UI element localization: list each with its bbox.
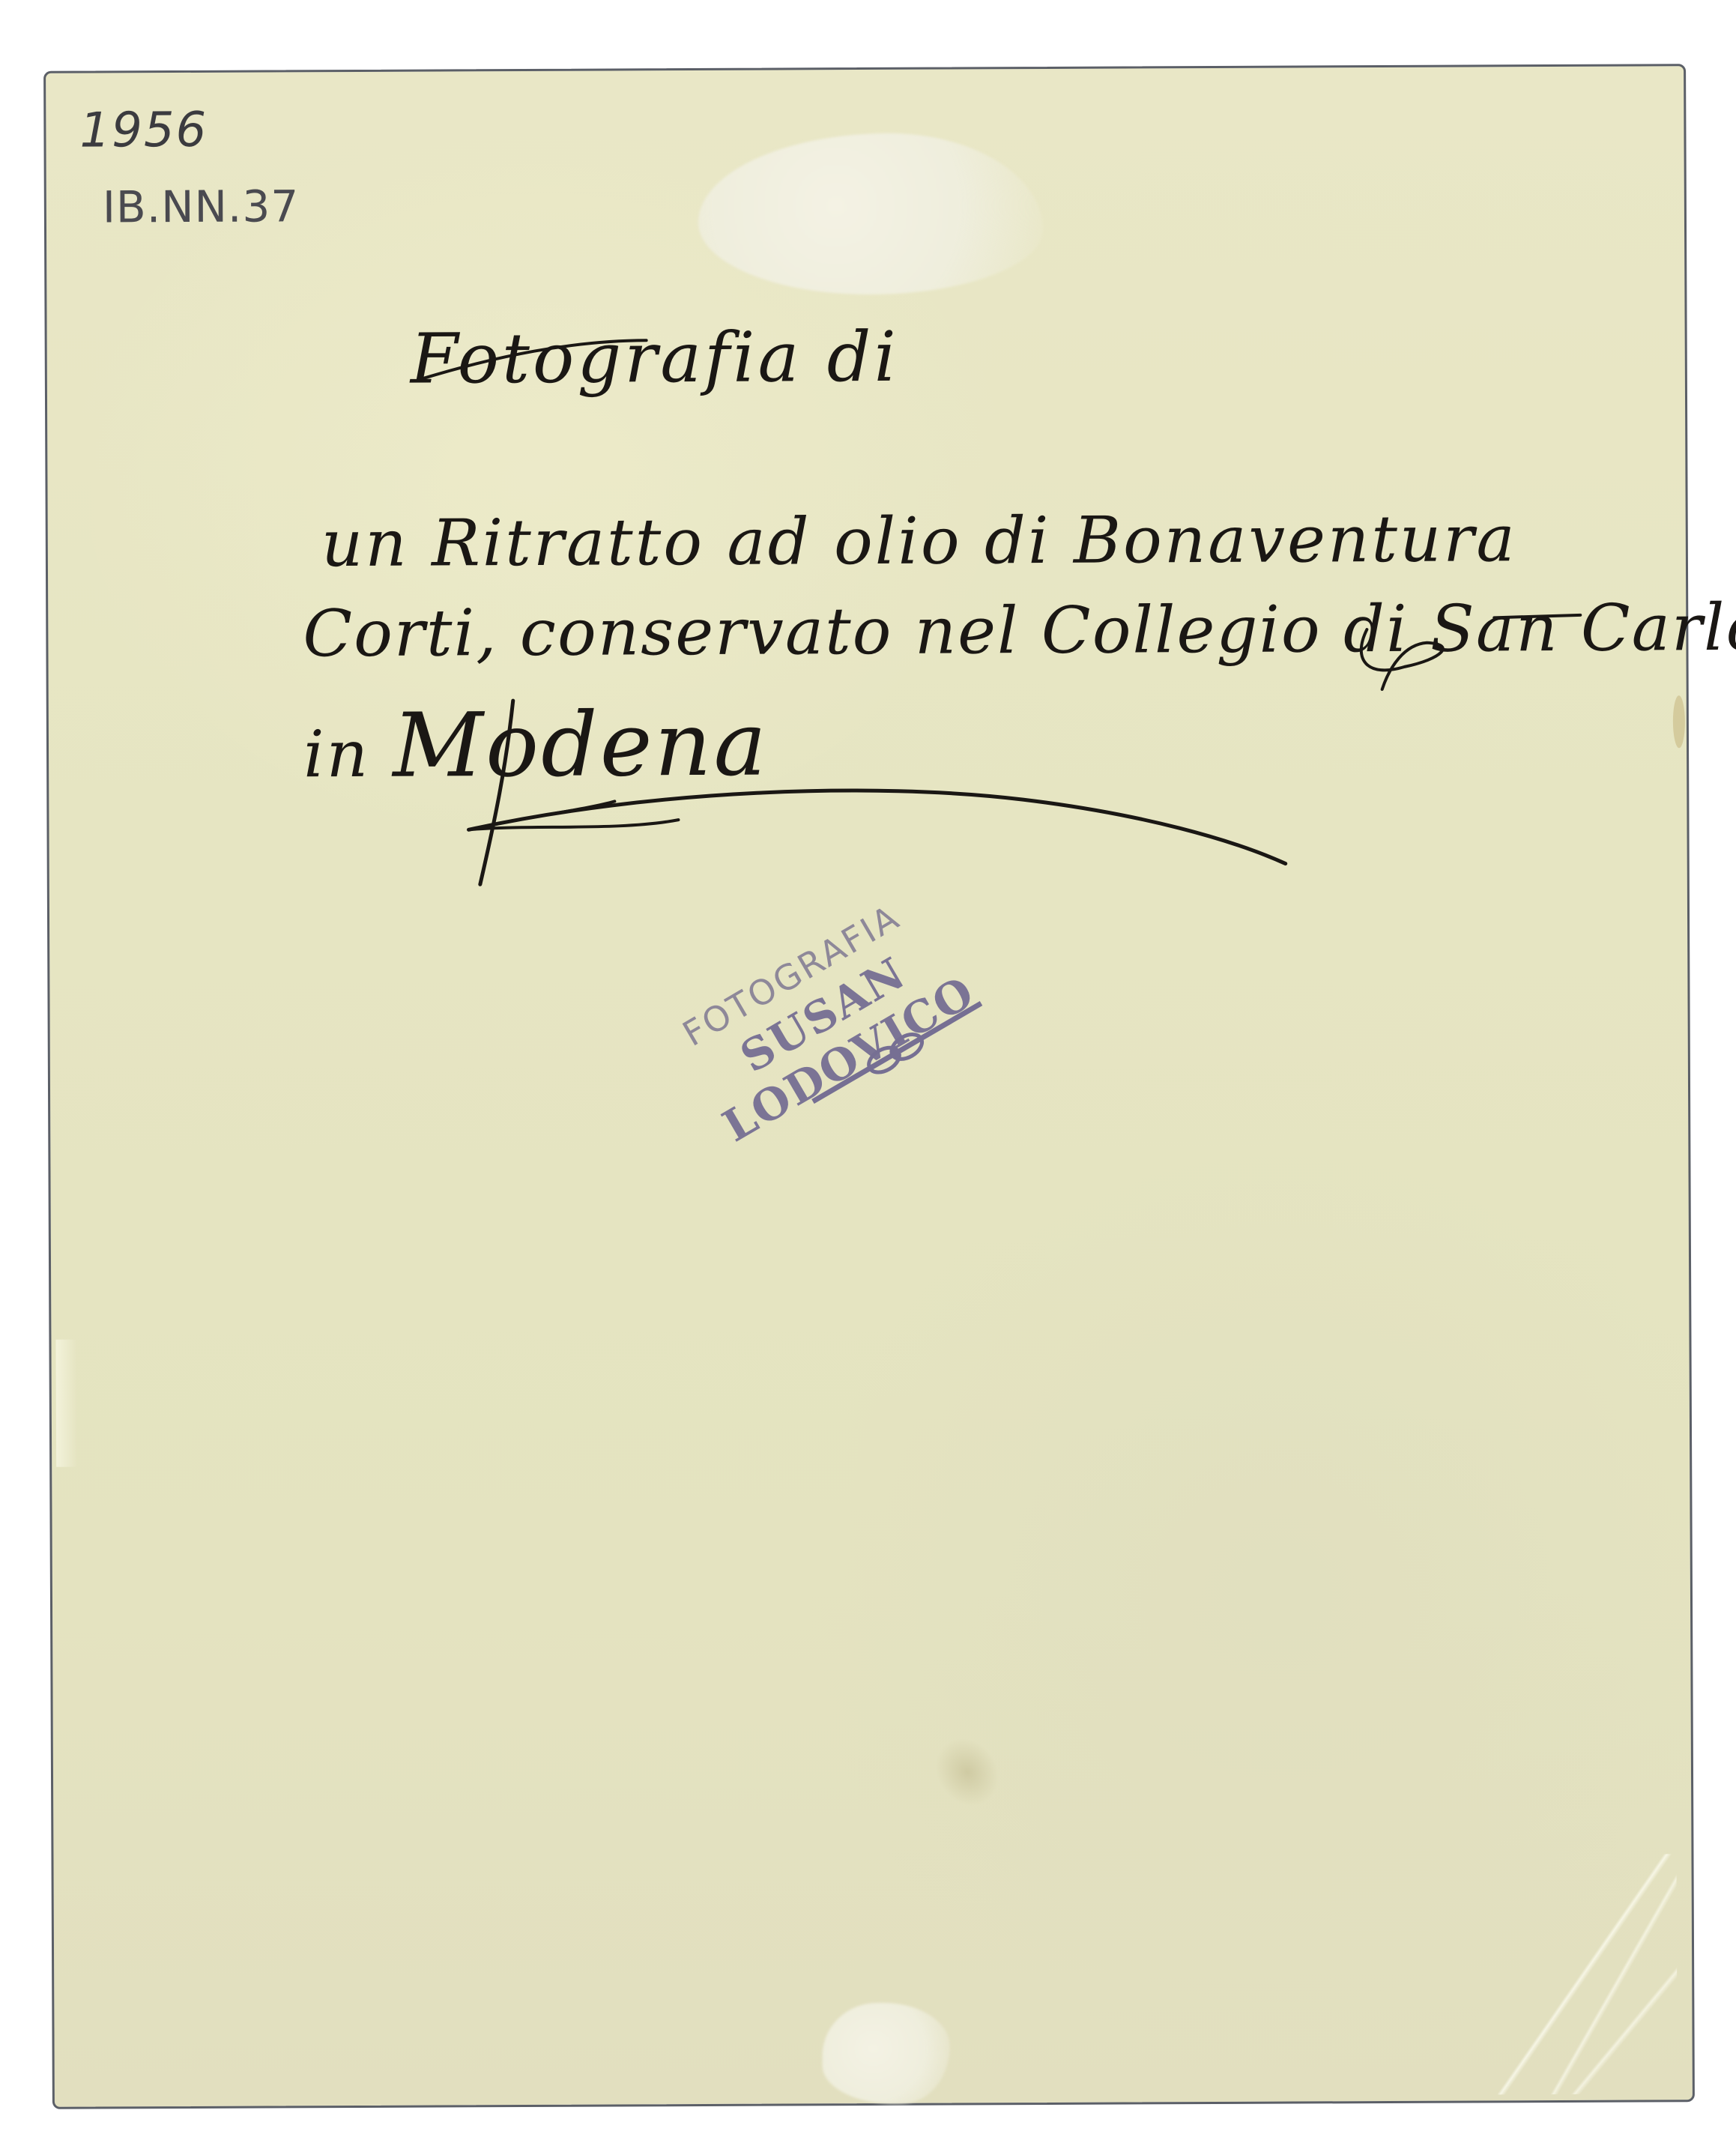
photograph-back-card: 1956 IB.NN.37 Fotografia di un Ritratto … — [43, 64, 1695, 2109]
inscription-line-3-prefix: in — [303, 717, 370, 792]
inscription-line-3-city: Modena — [393, 692, 769, 797]
inscription-title: Fotografia di — [411, 317, 900, 399]
photographer-stamp: FOTOGRAFIA SUSAN LODOVICO — [572, 790, 1086, 1260]
archival-year-note: 1956 — [79, 103, 208, 159]
right-edge-nick — [1673, 695, 1685, 748]
inscription-line-1: un Ritratto ad olio di Bonaventura — [321, 501, 1517, 581]
inscription-line-2: Corti, conservato nel Collegio di San Ca… — [303, 590, 1736, 672]
adhesive-abrasion-top — [698, 133, 1043, 295]
bottom-right-corner-creases — [1496, 1854, 1677, 2094]
adhesive-abrasion-bottom — [822, 2003, 950, 2105]
left-edge-crease — [55, 1340, 77, 1467]
archival-reference-note: IB.NN.37 — [103, 181, 300, 232]
fingerprint-smudge — [922, 1726, 1012, 1819]
inscription-line-3: in Modena — [303, 692, 769, 798]
